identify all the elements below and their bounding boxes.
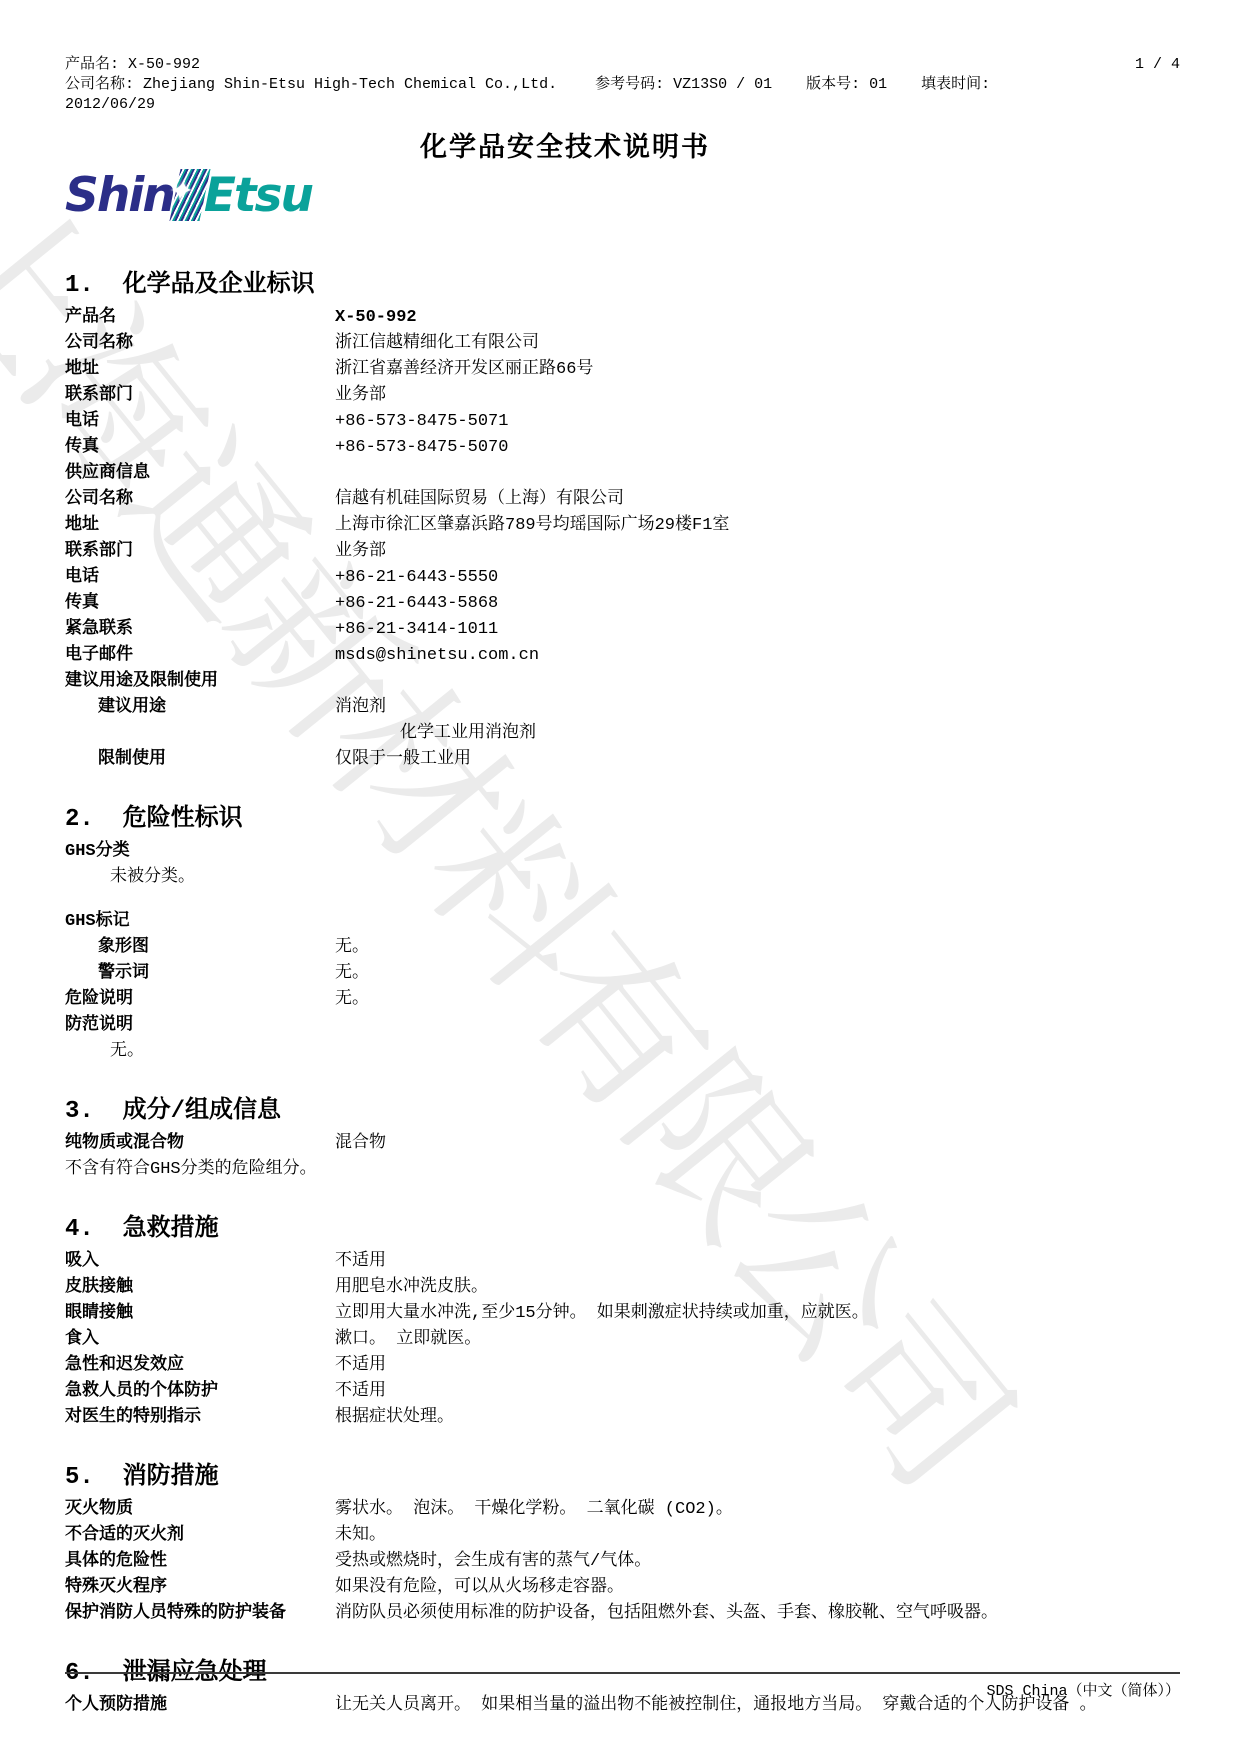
sds-page: 上海通新材料有限公司 产品名: X-50-992 1 / 4 公司名称: Zhe…: [0, 0, 1239, 1754]
section: 2. 危险性标识GHS分类未被分类。GHS标记象形图无。警示词无。危险说明无。防…: [65, 797, 1180, 1065]
field-value: 无。: [335, 961, 1180, 987]
field-value-text: 雾状水。 泡沫。 干燥化学粉。 二氧化碳 (CO2)。: [335, 1500, 733, 1519]
page-number: 1 / 4: [1135, 55, 1180, 75]
field-value-text: 不适用: [335, 1356, 386, 1375]
header-product-name: 产品名: X-50-992: [65, 55, 200, 75]
field-row: 电话+86-21-6443-5550: [65, 565, 1180, 591]
field-label: 具体的危险性: [65, 1549, 335, 1575]
field-row: 传真+86-573-8475-5070: [65, 435, 1180, 461]
field-row: 不合适的灭火剂未知。: [65, 1523, 1180, 1549]
field-value-text: 受热或燃烧时，会生成有害的蒸气/气体。: [335, 1552, 651, 1571]
field-value-text: 用肥皂水冲洗皮肤。: [335, 1278, 488, 1297]
field-value-text: +86-21-6443-5550: [335, 568, 498, 587]
header-line-2: 公司名称: Zhejiang Shin-Etsu High-Tech Chemi…: [65, 75, 1180, 95]
field-label: 吸入: [65, 1249, 335, 1275]
field-row: 供应商信息: [65, 461, 1180, 487]
field-value: 雾状水。 泡沫。 干燥化学粉。 二氧化碳 (CO2)。: [335, 1497, 1180, 1523]
field-value: 不适用: [335, 1249, 1180, 1275]
field-label: 电话: [65, 409, 335, 435]
field-value: msds@shinetsu.com.cn: [335, 643, 1180, 669]
group-label: 建议用途及限制使用: [65, 669, 218, 695]
field-value: 消泡剂化学工业用消泡剂: [335, 695, 1180, 747]
group-label: 防范说明: [65, 1013, 133, 1039]
field-value: +86-573-8475-5070: [335, 435, 1180, 461]
field-value: 信越有机硅国际贸易（上海）有限公司: [335, 487, 1180, 513]
field-label: 食入: [65, 1327, 335, 1353]
group-label: GHS标记: [65, 909, 130, 935]
field-row: 对医生的特别指示根据症状处理。: [65, 1405, 1180, 1431]
field-value-text: 业务部: [335, 386, 386, 405]
field-row: 产品名X-50-992: [65, 305, 1180, 331]
sections: 1. 化学品及企业标识产品名X-50-992公司名称浙江信越精细化工有限公司地址…: [65, 263, 1180, 1719]
field-row: 联系部门业务部: [65, 383, 1180, 409]
field-row: 不含有符合GHS分类的危险组分。: [65, 1157, 1180, 1183]
field-row: 眼睛接触立即用大量水冲洗,至少15分钟。 如果刺激症状持续或加重，应就医。: [65, 1301, 1180, 1327]
page-footer: SDS China（中文（简体））: [65, 1672, 1180, 1702]
field-row: 警示词无。: [65, 961, 1180, 987]
section-heading: 2. 危险性标识: [65, 797, 1180, 833]
field-value-text: X-50-992: [335, 308, 417, 327]
field-label: 紧急联系: [65, 617, 335, 643]
field-label: 电子邮件: [65, 643, 335, 669]
field-label: 地址: [65, 513, 335, 539]
field-label: 公司名称: [65, 487, 335, 513]
field-label: 对医生的特别指示: [65, 1405, 335, 1431]
field-label: 灭火物质: [65, 1497, 335, 1523]
field-value: 上海市徐汇区肇嘉浜路789号均瑶国际广场29楼F1室: [335, 513, 1180, 539]
header-reference-number: 参考号码: VZ13S0 / 01: [595, 75, 772, 95]
field-value: 不适用: [335, 1379, 1180, 1405]
field-value: 用肥皂水冲洗皮肤。: [335, 1275, 1180, 1301]
field-row: 皮肤接触用肥皂水冲洗皮肤。: [65, 1275, 1180, 1301]
field-row: 电话+86-573-8475-5071: [65, 409, 1180, 435]
header-fill-date: 2012/06/29: [65, 95, 1180, 115]
section-heading: 4. 急救措施: [65, 1207, 1180, 1243]
field-value-text: 业务部: [335, 542, 386, 561]
field-value-text: 如果没有危险，可以从火场移走容器。: [335, 1578, 624, 1597]
field-value-text: 上海市徐汇区肇嘉浜路789号均瑶国际广场29楼F1室: [335, 516, 729, 535]
field-label: 限制使用: [65, 747, 335, 773]
field-value-text: 仅限于一般工业用: [335, 750, 471, 769]
field-value-text: +86-573-8475-5070: [335, 438, 508, 457]
field-value: 根据症状处理。: [335, 1405, 1180, 1431]
field-value-text: +86-21-6443-5868: [335, 594, 498, 613]
field-label: 警示词: [65, 961, 335, 987]
field-label: 眼睛接触: [65, 1301, 335, 1327]
field-row: 纯物质或混合物混合物: [65, 1131, 1180, 1157]
footer-text: SDS China（中文（简体））: [65, 1682, 1180, 1702]
star-icon: ✦: [165, 177, 195, 207]
section-heading: 5. 消防措施: [65, 1455, 1180, 1491]
field-value: 未知。: [335, 1523, 1180, 1549]
field-label: 公司名称: [65, 331, 335, 357]
field-label: 象形图: [65, 935, 335, 961]
note-text: 未被分类。: [65, 865, 195, 891]
spacer: [65, 891, 1180, 909]
page-header: 产品名: X-50-992 1 / 4 公司名称: Zhejiang Shin-…: [65, 55, 1180, 115]
field-row: 建议用途消泡剂化学工业用消泡剂: [65, 695, 1180, 747]
field-row: 急性和迟发效应不适用: [65, 1353, 1180, 1379]
field-value-line2: 化学工业用消泡剂: [335, 721, 1180, 747]
field-row: 建议用途及限制使用: [65, 669, 1180, 695]
field-row: 象形图无。: [65, 935, 1180, 961]
field-value-text: 混合物: [335, 1134, 386, 1153]
field-row: 防范说明: [65, 1013, 1180, 1039]
field-row: 危险说明无。: [65, 987, 1180, 1013]
field-value: +86-21-3414-1011: [335, 617, 1180, 643]
field-row: 电子邮件msds@shinetsu.com.cn: [65, 643, 1180, 669]
field-row: 无。: [65, 1039, 1180, 1065]
field-value: 受热或燃烧时，会生成有害的蒸气/气体。: [335, 1549, 1180, 1575]
field-label: 电话: [65, 565, 335, 591]
header-version: 版本号: 01: [806, 75, 887, 95]
section-heading: 3. 成分/组成信息: [65, 1089, 1180, 1125]
logo-text-shin: Shin: [65, 168, 174, 223]
header-company: 公司名称: Zhejiang Shin-Etsu High-Tech Chemi…: [65, 75, 557, 95]
field-row: 公司名称信越有机硅国际贸易（上海）有限公司: [65, 487, 1180, 513]
section: 1. 化学品及企业标识产品名X-50-992公司名称浙江信越精细化工有限公司地址…: [65, 263, 1180, 773]
field-label: 地址: [65, 357, 335, 383]
field-value-text: 根据症状处理。: [335, 1408, 454, 1427]
field-row: 灭火物质雾状水。 泡沫。 干燥化学粉。 二氧化碳 (CO2)。: [65, 1497, 1180, 1523]
field-row: 地址浙江省嘉善经济开发区丽正路66号: [65, 357, 1180, 383]
field-value-text: 不适用: [335, 1252, 386, 1271]
field-value: 浙江信越精细化工有限公司: [335, 331, 1180, 357]
field-value: 如果没有危险，可以从火场移走容器。: [335, 1575, 1180, 1601]
field-row: 传真+86-21-6443-5868: [65, 591, 1180, 617]
field-label: 急救人员的个体防护: [65, 1379, 335, 1405]
header-fill-time-label: 填表时间:: [921, 75, 990, 95]
field-value-text: +86-21-3414-1011: [335, 620, 498, 639]
field-value-text: 浙江省嘉善经济开发区丽正路66号: [335, 360, 593, 379]
field-row: 未被分类。: [65, 865, 1180, 891]
field-value: 消防队员必须使用标准的防护设备，包括阻燃外套、头盔、手套、橡胶靴、空气呼吸器。: [335, 1601, 1180, 1627]
note-text: 不含有符合GHS分类的危险组分。: [65, 1157, 317, 1183]
field-value: 浙江省嘉善经济开发区丽正路66号: [335, 357, 1180, 383]
document-title: 化学品安全技术说明书: [65, 125, 1065, 165]
field-value: X-50-992: [335, 305, 1180, 331]
footer-rule: [65, 1672, 1180, 1674]
field-value-text: 漱口。 立即就医。: [335, 1330, 481, 1349]
field-label: 保护消防人员特殊的防护装备: [65, 1601, 335, 1627]
field-value: +86-21-6443-5868: [335, 591, 1180, 617]
field-row: 限制使用仅限于一般工业用: [65, 747, 1180, 773]
field-label: 危险说明: [65, 987, 335, 1013]
field-value-text: 信越有机硅国际贸易（上海）有限公司: [335, 490, 624, 509]
field-label: 皮肤接触: [65, 1275, 335, 1301]
field-value: 业务部: [335, 539, 1180, 565]
field-row: 具体的危险性受热或燃烧时，会生成有害的蒸气/气体。: [65, 1549, 1180, 1575]
field-row: 急救人员的个体防护不适用: [65, 1379, 1180, 1405]
field-value-text: 无。: [335, 964, 369, 983]
field-row: 吸入不适用: [65, 1249, 1180, 1275]
field-label: 急性和迟发效应: [65, 1353, 335, 1379]
note-text: 无。: [65, 1039, 144, 1065]
group-label: 供应商信息: [65, 461, 150, 487]
shinetsu-logo: Shin ✦ Etsu: [65, 165, 312, 225]
field-value: 无。: [335, 987, 1180, 1013]
field-label: 特殊灭火程序: [65, 1575, 335, 1601]
field-label: 纯物质或混合物: [65, 1131, 335, 1157]
field-value: 仅限于一般工业用: [335, 747, 1180, 773]
field-row: GHS分类: [65, 839, 1180, 865]
field-row: 公司名称浙江信越精细化工有限公司: [65, 331, 1180, 357]
field-value: 不适用: [335, 1353, 1180, 1379]
field-label: 传真: [65, 435, 335, 461]
field-row: 地址上海市徐汇区肇嘉浜路789号均瑶国际广场29楼F1室: [65, 513, 1180, 539]
field-value-text: 无。: [335, 938, 369, 957]
field-value: +86-573-8475-5071: [335, 409, 1180, 435]
section: 4. 急救措施吸入不适用皮肤接触用肥皂水冲洗皮肤。眼睛接触立即用大量水冲洗,至少…: [65, 1207, 1180, 1431]
field-value: 漱口。 立即就医。: [335, 1327, 1180, 1353]
field-label: 联系部门: [65, 539, 335, 565]
section: 5. 消防措施灭火物质雾状水。 泡沫。 干燥化学粉。 二氧化碳 (CO2)。不合…: [65, 1455, 1180, 1627]
field-value: 立即用大量水冲洗,至少15分钟。 如果刺激症状持续或加重，应就医。: [335, 1301, 1180, 1327]
field-row: 紧急联系+86-21-3414-1011: [65, 617, 1180, 643]
logo-text-etsu: Etsu: [204, 168, 312, 223]
field-row: 食入漱口。 立即就医。: [65, 1327, 1180, 1353]
page-content: 产品名: X-50-992 1 / 4 公司名称: Zhejiang Shin-…: [65, 55, 1180, 1719]
field-label: 产品名: [65, 305, 335, 331]
field-value-text: 立即用大量水冲洗,至少15分钟。 如果刺激症状持续或加重，应就医。: [335, 1304, 869, 1323]
field-row: 保护消防人员特殊的防护装备消防队员必须使用标准的防护设备，包括阻燃外套、头盔、手…: [65, 1601, 1180, 1627]
field-value: 混合物: [335, 1131, 1180, 1157]
field-value-text: 消防队员必须使用标准的防护设备，包括阻燃外套、头盔、手套、橡胶靴、空气呼吸器。: [335, 1604, 998, 1623]
section: 3. 成分/组成信息纯物质或混合物混合物不含有符合GHS分类的危险组分。: [65, 1089, 1180, 1183]
field-value-text: 未知。: [335, 1526, 386, 1545]
field-label: 联系部门: [65, 383, 335, 409]
field-label: 不合适的灭火剂: [65, 1523, 335, 1549]
field-value-text: 无。: [335, 990, 369, 1009]
field-value: +86-21-6443-5550: [335, 565, 1180, 591]
field-label: 建议用途: [65, 695, 335, 747]
section-heading: 1. 化学品及企业标识: [65, 263, 1180, 299]
field-value: 业务部: [335, 383, 1180, 409]
group-label: GHS分类: [65, 839, 130, 865]
field-value-text: 消泡剂: [335, 698, 386, 717]
field-row: GHS标记: [65, 909, 1180, 935]
field-value-text: 不适用: [335, 1382, 386, 1401]
field-value-text: 浙江信越精细化工有限公司: [335, 334, 539, 353]
field-label: 传真: [65, 591, 335, 617]
field-value-text: msds@shinetsu.com.cn: [335, 646, 539, 665]
field-row: 特殊灭火程序如果没有危险，可以从火场移走容器。: [65, 1575, 1180, 1601]
header-line-1: 产品名: X-50-992 1 / 4: [65, 55, 1180, 75]
field-value-text: +86-573-8475-5071: [335, 412, 508, 431]
field-row: 联系部门业务部: [65, 539, 1180, 565]
field-value: 无。: [335, 935, 1180, 961]
